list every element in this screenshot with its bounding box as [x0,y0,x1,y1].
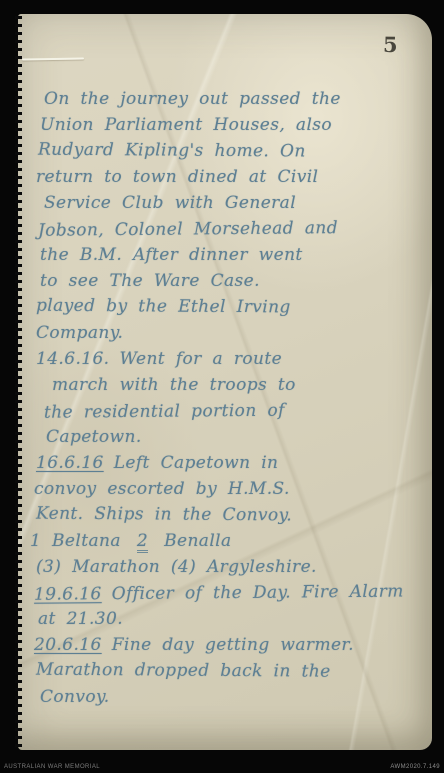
line-text: Kent. Ships in the Convoy. [36,504,292,526]
line-text: to see The Ware Case. [40,271,260,291]
line-text: march with the troops to [52,375,296,395]
diary-line: On the journey out passed the [44,86,434,112]
diary-line: the B.M. After dinner went [40,242,434,268]
diary-line: the residential portion of [44,396,434,425]
diary-line: at 21.30. [38,606,434,632]
archive-watermark: AUSTRALIAN WAR MEMORIAL [4,764,100,770]
diary-line: return to town dined at Civil [36,164,434,190]
ship-number: 2 [137,532,148,553]
diary-line: Rudyard Kipling's home. On [38,137,434,166]
perforated-edge [15,16,22,749]
line-text: Service Club with General [44,193,296,213]
line-text: (3) Marathon (4) Argyleshire. [36,557,317,577]
line-text: Rudyard Kipling's home. On [38,140,306,162]
diary-line: to see The Ware Case. [40,268,434,294]
line-text: Jobson, Colonel Morsehead and [38,218,338,241]
entry-date: 19.6.16 [34,584,102,605]
line-text: at 21.30. [38,609,123,629]
diary-line: Capetown. [46,424,434,450]
entry-date: 20.6.16 [34,635,102,655]
diary-line: 1 Beltana2Benalla [30,528,434,554]
diary-line: Kent. Ships in the Convoy. [36,501,434,530]
diary-line: Service Club with General [44,190,434,216]
diary-line: Company. [36,320,434,346]
diary-line: march with the troops to [52,372,434,398]
page-number-stamp: 5 [383,32,399,57]
diary-line: 16.6.16Left Capetown in [36,450,434,476]
entry-date: 14.6.16. [36,349,110,369]
line-text: Capetown. [46,427,142,447]
line-text: Marathon dropped back in the [36,660,331,682]
diary-line: Union Parliament Houses, also [40,112,434,138]
line-text: convoy escorted by H.M.S. [34,479,290,499]
diary-line: Jobson, Colonel Morsehead and [38,214,434,243]
line-text: Left Capetown in [114,453,279,473]
line-text: return to town dined at Civil [36,167,318,187]
diary-line: Convoy. [40,684,434,710]
line-text: Fine day getting warmer. [112,635,354,655]
diary-line: Marathon dropped back in the [36,657,434,686]
line-text: Benalla [164,531,231,551]
diary-line: 14.6.16.Went for a route [36,346,434,372]
scanned-diary-page: 5 On the journey out passed the Union Pa… [0,0,444,773]
line-text: played by the Ethel Irving [36,296,291,318]
line-text: Union Parliament Houses, also [40,115,332,135]
line-text: Officer of the Day. Fire Alarm [112,582,404,605]
line-text: the residential portion of [44,401,285,423]
diary-line: 20.6.16Fine day getting warmer. [34,632,434,658]
line-text: On the journey out passed the [44,89,341,109]
line-text: Went for a route [120,349,283,369]
line-text: the B.M. After dinner went [40,245,303,265]
reference-number: AWM2020.7.149 [390,764,440,770]
line-text: 1 Beltana [30,531,121,551]
diary-line: 19.6.16Officer of the Day. Fire Alarm [34,578,434,607]
handwritten-entries: On the journey out passed the Union Parl… [30,86,434,710]
diary-line: played by the Ethel Irving [36,293,434,322]
line-text: Convoy. [40,687,110,707]
line-text: Company. [36,323,123,343]
entry-date: 16.6.16 [36,453,104,473]
diary-line: convoy escorted by H.M.S. [34,476,434,502]
diary-line: (3) Marathon (4) Argyleshire. [36,554,434,580]
